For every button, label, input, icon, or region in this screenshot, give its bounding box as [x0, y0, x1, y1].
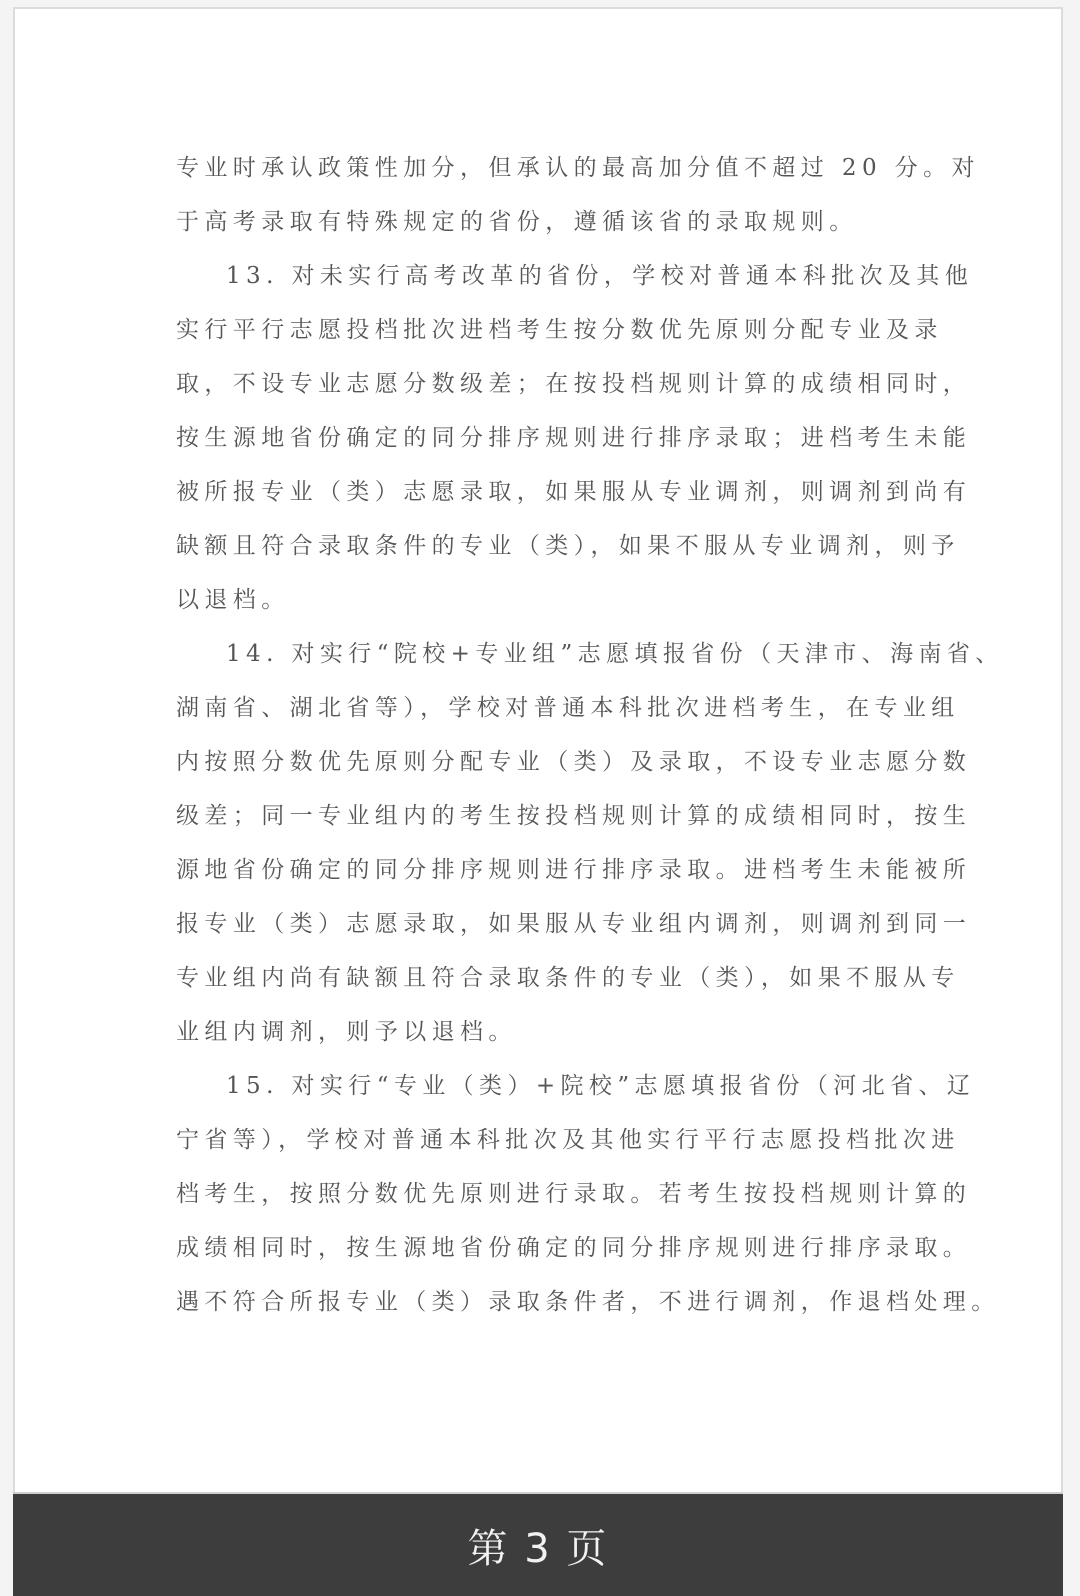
text-line: 成绩相同时，按生源地省份确定的同分排序规则进行排序录取。: [176, 1221, 904, 1275]
text-line: 档考生，按照分数优先原则进行录取。若考生按投档规则计算的: [176, 1167, 904, 1221]
text-line: 于高考录取有特殊规定的省份，遵循该省的录取规则。: [176, 195, 904, 249]
text-line: 报专业（类）志愿录取，如果服从专业组内调剂，则调剂到同一: [176, 897, 904, 951]
text-line: 专业组内尚有缺额且符合录取条件的专业（类），如果不服从专: [176, 951, 904, 1005]
page-footer-bar: 第 3 页: [13, 1492, 1063, 1596]
text-line: 被所报专业（类）志愿录取，如果服从专业调剂，则调剂到尚有: [176, 465, 904, 519]
text-line: 专业时承认政策性加分，但承认的最高加分值不超过 20 分。对: [176, 141, 904, 195]
text-line: 按生源地省份确定的同分排序规则进行排序录取；进档考生未能: [176, 411, 904, 465]
text-line: 内按照分数优先原则分配专业（类）及录取，不设专业志愿分数: [176, 735, 904, 789]
page-number-indicator: 第 3 页: [468, 1517, 609, 1574]
document-viewer: 专业时承认政策性加分，但承认的最高加分值不超过 20 分。对 于高考录取有特殊规…: [0, 0, 1080, 1596]
text-line: 宁省等），学校对普通本科批次及其他实行平行志愿投档批次进: [176, 1113, 904, 1167]
text-line-item-14: 14. 对实行“院校+专业组”志愿填报省份（天津市、海南省、: [176, 627, 904, 681]
text-line-item-13: 13. 对未实行高考改革的省份，学校对普通本科批次及其他: [176, 249, 904, 303]
text-line: 湖南省、湖北省等），学校对普通本科批次进档考生，在专业组: [176, 681, 904, 735]
text-line: 级差；同一专业组内的考生按投档规则计算的成绩相同时，按生: [176, 789, 904, 843]
text-line: 源地省份确定的同分排序规则进行排序录取。进档考生未能被所: [176, 843, 904, 897]
text-line: 实行平行志愿投档批次进档考生按分数优先原则分配专业及录: [176, 303, 904, 357]
text-line: 取，不设专业志愿分数级差；在按投档规则计算的成绩相同时，: [176, 357, 904, 411]
text-line: 遇不符合所报专业（类）录取条件者，不进行调剂，作退档处理。: [176, 1275, 904, 1329]
text-line: 缺额且符合录取条件的专业（类），如果不服从专业调剂，则予: [176, 519, 904, 573]
text-line: 以退档。: [176, 573, 904, 627]
document-page[interactable]: 专业时承认政策性加分，但承认的最高加分值不超过 20 分。对 于高考录取有特殊规…: [13, 7, 1063, 1593]
page-body: 专业时承认政策性加分，但承认的最高加分值不超过 20 分。对 于高考录取有特殊规…: [176, 141, 904, 1329]
text-line: 业组内调剂，则予以退档。: [176, 1005, 904, 1059]
text-line-item-15: 15. 对实行“专业（类）+院校”志愿填报省份（河北省、辽: [176, 1059, 904, 1113]
